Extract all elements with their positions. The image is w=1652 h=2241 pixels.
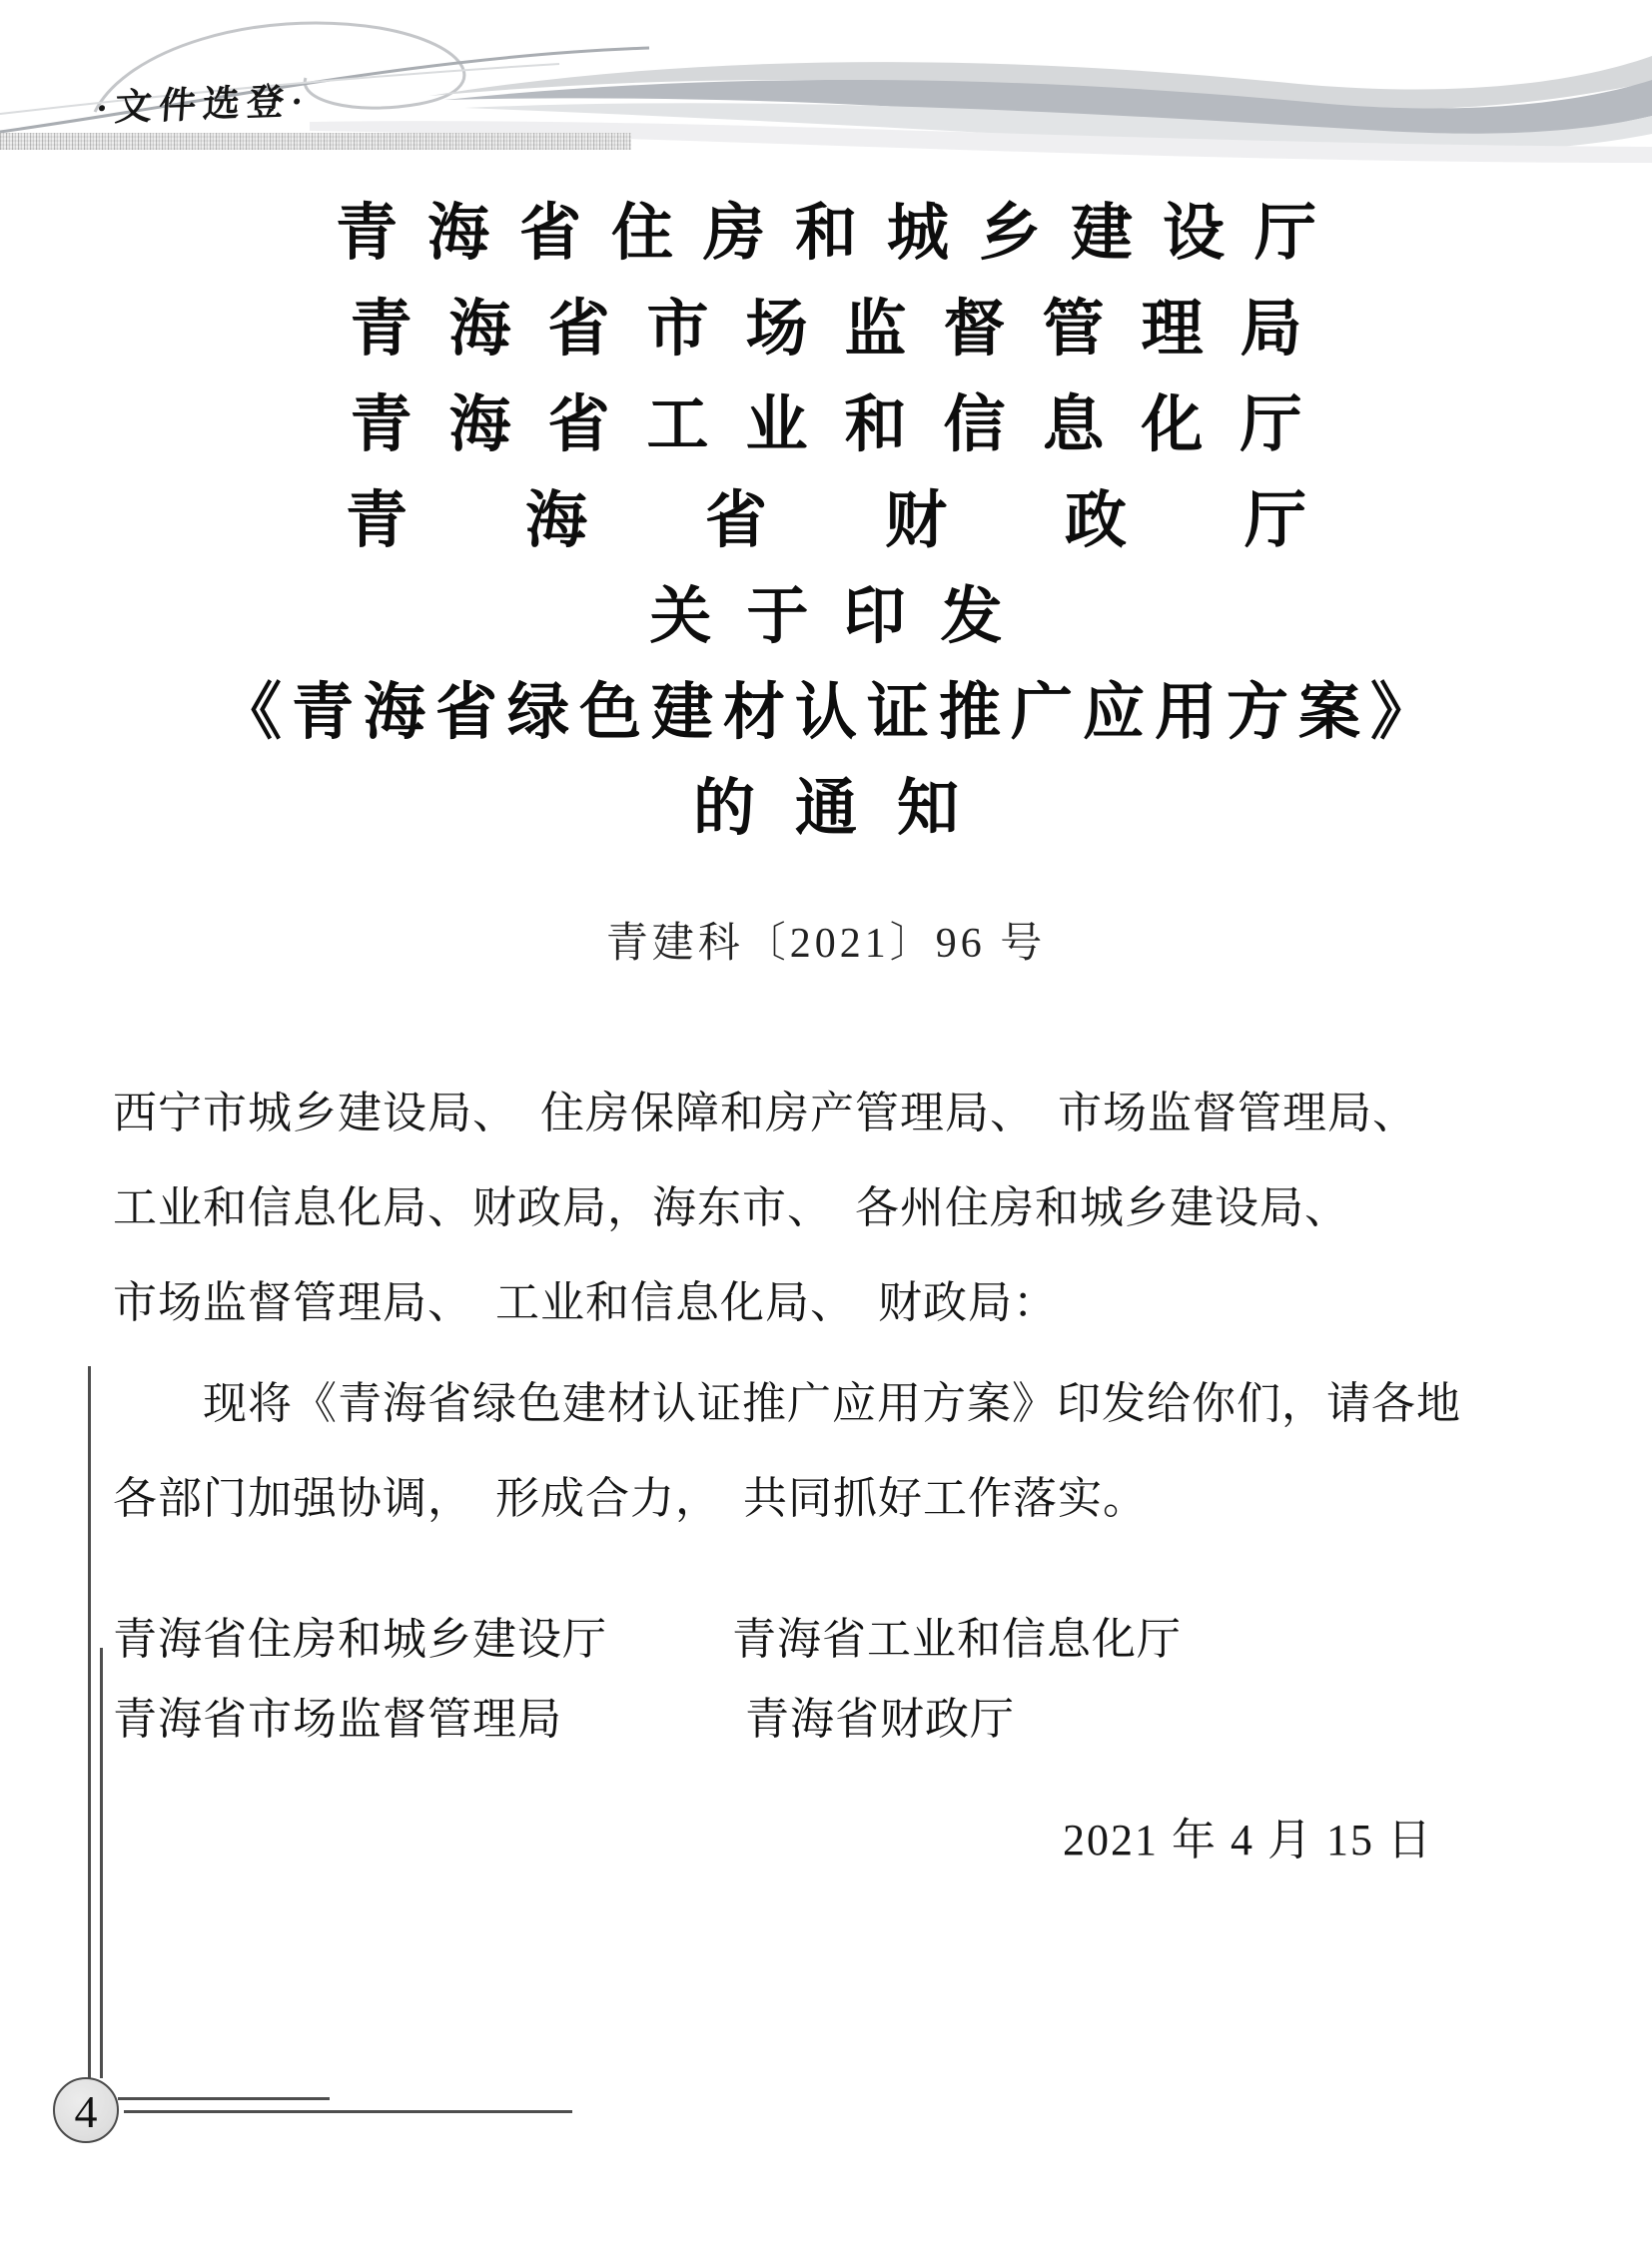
title-line-4: 青海省财政厅 xyxy=(0,473,1652,569)
title-line-7: 的通知 xyxy=(0,761,1652,857)
recipients-block: 西宁市城乡建设局、 住房保障和房产管理局、 市场监督管理局、 工业和信息化局、财… xyxy=(113,1066,1541,1350)
recipient-line: 市场监督管理局、 工业和信息化局、 财政局： xyxy=(113,1255,1541,1350)
signatures-block: 青海省住房和城乡建设厅 青海省工业和信息化厅 青海省市场监督管理局 青海省财政厅 xyxy=(113,1600,1541,1760)
recipient-line: 工业和信息化局、财政局，海东市、 各州住房和城乡建设局、 xyxy=(113,1160,1541,1255)
margin-rule-vertical-long xyxy=(88,1366,91,2078)
title-line-1: 青海省住房和城乡建设厅 xyxy=(0,186,1652,282)
recipient-line: 西宁市城乡建设局、 住房保障和房产管理局、 市场监督管理局、 xyxy=(113,1066,1541,1160)
body-paragraph: 现将《青海省绿色建材认证推广应用方案》印发给你们，请各地 各部门加强协调， 形成… xyxy=(113,1356,1541,1546)
texture-strip xyxy=(0,133,631,150)
footer-rule-long xyxy=(124,2110,572,2113)
document-title: 青海省住房和城乡建设厅 青海省市场监督管理局 青海省工业和信息化厅 青海省财政厅… xyxy=(0,186,1652,857)
page-number: 4 xyxy=(75,2086,98,2137)
signature-row-2: 青海省市场监督管理局 青海省财政厅 xyxy=(113,1680,1541,1760)
paragraph-line: 现将《青海省绿色建材认证推广应用方案》印发给你们，请各地 xyxy=(113,1356,1541,1451)
title-line-5: 关于印发 xyxy=(0,569,1652,665)
signature-row-1: 青海省住房和城乡建设厅 青海省工业和信息化厅 xyxy=(113,1600,1541,1680)
document-date: 2021 年 4 月 15 日 xyxy=(113,1796,1541,1885)
page-number-badge: 4 xyxy=(53,2077,119,2143)
signature-org-right-1: 青海省工业和信息化厅 xyxy=(732,1600,1182,1680)
title-line-6: 《青海省绿色建材认证推广应用方案》 xyxy=(0,665,1652,761)
header-section-label: ·文件选登· xyxy=(94,70,312,132)
footer-rule-short xyxy=(118,2097,330,2100)
signature-org-right-2: 青海省财政厅 xyxy=(745,1680,1015,1760)
paragraph-line: 各部门加强协调， 形成合力， 共同抓好工作落实。 xyxy=(113,1451,1541,1546)
title-line-2: 青海省市场监督管理局 xyxy=(0,282,1652,377)
title-line-3: 青海省工业和信息化厅 xyxy=(0,377,1652,473)
signature-org-left-1: 青海省住房和城乡建设厅 xyxy=(113,1600,607,1680)
signature-org-left-2: 青海省市场监督管理局 xyxy=(113,1680,562,1760)
margin-rule-vertical-short xyxy=(100,1648,103,2078)
document-page: ·文件选登· 青海省住房和城乡建设厅 青海省市场监督管理局 青海省工业和信息化厅… xyxy=(0,0,1652,2241)
document-number: 青建科〔2021〕96 号 xyxy=(0,914,1652,974)
